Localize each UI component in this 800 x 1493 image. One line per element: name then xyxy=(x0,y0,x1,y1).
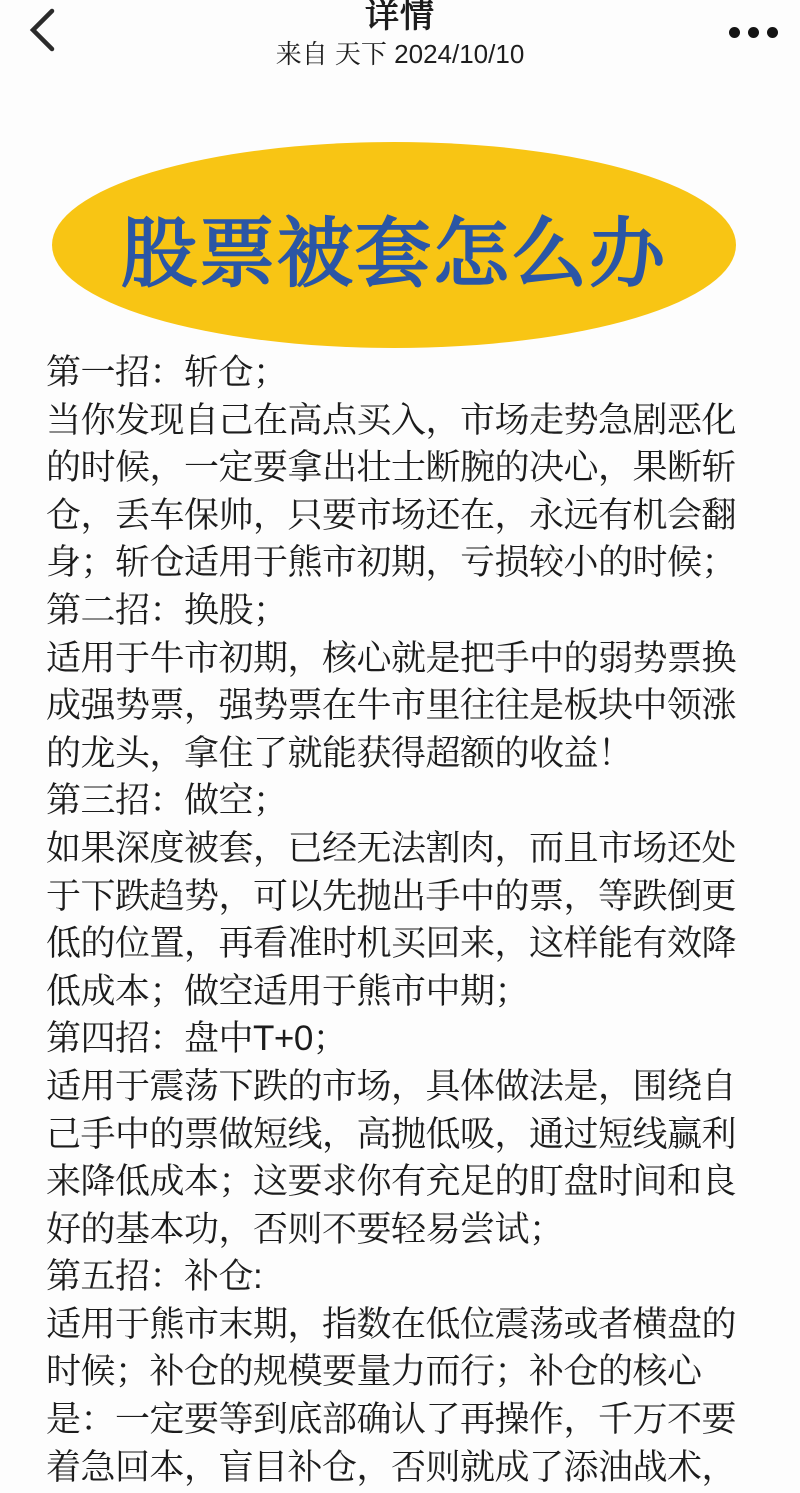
article-line: 来降低成本；这要求你有充足的盯盘时间和良 xyxy=(46,1158,762,1206)
article-line: 低成本；做空适用于熊市中期； xyxy=(46,968,762,1016)
article-line: 仓，丢车保帅，只要市场还在，永远有机会翻 xyxy=(46,492,762,540)
title-badge: 股票被套怎么办 xyxy=(52,142,736,348)
post-image-content[interactable]: 股票被套怎么办 第一招：斩仓； 当你发现自己在高点买入，市场走势急剧恶化 的时候… xyxy=(0,86,800,1493)
ellipsis-icon xyxy=(748,27,759,38)
back-button[interactable] xyxy=(16,2,68,58)
article-text: 第一招：斩仓； 当你发现自己在高点买入，市场走势急剧恶化 的时候，一定要拿出壮士… xyxy=(46,349,762,1491)
article-line: 的时候，一定要拿出壮士断腕的决心，果断斩 xyxy=(46,444,762,492)
article-line: 第三招：做空； xyxy=(46,777,762,825)
chevron-left-icon xyxy=(26,7,58,53)
article-line: 当你发现自己在高点买入，市场走势急剧恶化 xyxy=(46,397,762,445)
more-options-button[interactable] xyxy=(720,12,786,52)
page-subtitle: 来自 天下 2024/10/10 xyxy=(100,38,700,70)
article-line: 是：一定要等到底部确认了再操作，千万不要 xyxy=(46,1396,762,1444)
article-line: 时候；补仓的规模要量力而行；补仓的核心 xyxy=(46,1348,762,1396)
page-title: 详情 xyxy=(100,0,700,37)
detail-screen: 详情 来自 天下 2024/10/10 股票被套怎么办 第一招：斩仓； 当你发现… xyxy=(0,0,800,1493)
article-line: 第二招：换股； xyxy=(46,587,762,635)
title-group: 详情 来自 天下 2024/10/10 xyxy=(100,0,700,70)
title-badge-text: 股票被套怎么办 xyxy=(121,189,667,302)
article-line: 第五招：补仓: xyxy=(46,1253,762,1301)
ellipsis-icon xyxy=(729,27,740,38)
article-line: 着急回本，盲目补仓，否则就成了添油战术， xyxy=(46,1444,762,1492)
article-line: 适用于震荡下跌的市场，具体做法是，围绕自 xyxy=(46,1063,762,1111)
article-line: 身；斩仓适用于熊市初期，亏损较小的时候； xyxy=(46,539,762,587)
article-line: 第四招：盘中T+0； xyxy=(46,1015,762,1063)
article-line: 如果深度被套，已经无法割肉，而且市场还处 xyxy=(46,825,762,873)
article-line: 的龙头，拿住了就能获得超额的收益！ xyxy=(46,730,762,778)
article-line: 成强势票，强势票在牛市里往往是板块中领涨 xyxy=(46,682,762,730)
article-line: 好的基本功，否则不要轻易尝试； xyxy=(46,1206,762,1254)
article-line: 于下跌趋势，可以先抛出手中的票，等跌倒更 xyxy=(46,873,762,921)
article-line: 第一招：斩仓； xyxy=(46,349,762,397)
article-line: 低的位置，再看准时机买回来，这样能有效降 xyxy=(46,920,762,968)
ellipsis-icon xyxy=(767,27,778,38)
article-line: 己手中的票做短线，高抛低吸，通过短线赢利 xyxy=(46,1111,762,1159)
article-line: 适用于牛市初期，核心就是把手中的弱势票换 xyxy=(46,635,762,683)
top-bar: 详情 来自 天下 2024/10/10 xyxy=(0,0,800,86)
article-line: 适用于熊市末期，指数在低位震荡或者横盘的 xyxy=(46,1301,762,1349)
